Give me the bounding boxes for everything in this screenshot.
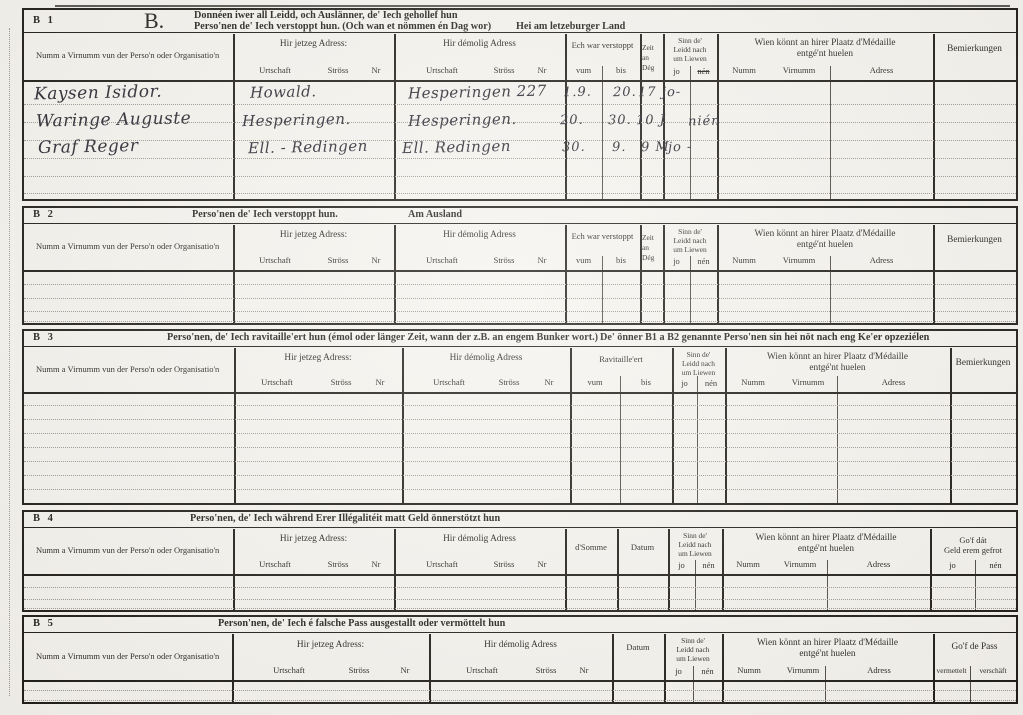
column-header-demolig-adress: Hir démolig Adress [402, 353, 570, 365]
handwritten-jetzeg: Hesperingen. [242, 110, 351, 130]
b4-title: Perso'nen, de' Iech während Erer Illégal… [190, 513, 500, 525]
column-header-stross: Ströss [484, 377, 534, 388]
b3-header-row: Numm a Virnumm vun der Perso'n oder Orga… [24, 348, 1016, 394]
column-header-w-adress: Adress [830, 65, 933, 76]
column-header-nr: Nr [390, 665, 420, 676]
handwritten-vum: 30. [562, 140, 586, 155]
column-header-wien-2: entgé'nt huelen [725, 363, 950, 375]
handwritten-name: Kaysen Isidor. [34, 82, 163, 105]
column-header-urtschaft: Urtschaft [240, 65, 310, 76]
column-header-urtschaft: Urtschaft [414, 377, 484, 388]
column-header-datum: Datum [612, 642, 664, 653]
column-header-zeit-2: an [642, 243, 662, 253]
column-header-nr: Nr [527, 65, 557, 76]
column-header-nr: Nr [362, 255, 390, 266]
column-header-sinn-3: um Liewen [668, 549, 722, 559]
section-b1: B 1 B. Donnéen iwer all Leidd, och Auslä… [22, 8, 1018, 201]
handwritten-vum: 1.9. [563, 85, 592, 101]
b3-title: Perso'nen, de' Iech ravitaille'ert hun (… [167, 332, 598, 344]
column-header-wien-1: Wien könnt an hirer Plaatz d'Médaille [722, 533, 930, 545]
column-header-zeit-3: Dég [642, 63, 662, 73]
b1-body: Kaysen Isidor. Howald. Hesperingen 227 1… [24, 80, 1016, 199]
column-header-sinn-3: um Liewen [664, 654, 722, 664]
column-header-stross: Ströss [313, 559, 363, 570]
column-header-bemierkungen: Bemierkungen [933, 235, 1016, 247]
column-header-nr: Nr [362, 65, 390, 76]
column-header-demolig-adress: Hir démolig Adress [394, 534, 565, 546]
column-header-bemierkungen: Bemierkungen [933, 44, 1016, 56]
b2-code: B 2 [33, 209, 55, 220]
column-header-wien-2: entgé'nt huelen [717, 240, 933, 252]
column-header-w-numm: Numm [732, 377, 774, 388]
column-header-nr: Nr [534, 377, 564, 388]
column-header-jetzeg-adress: Hir jetzeg Adress: [233, 39, 394, 51]
column-header-w-adress: Adress [837, 377, 950, 388]
column-header-jetzeg-adress: Hir jetzeg Adress: [232, 640, 429, 652]
b1-big-letter: B. [144, 10, 164, 32]
table-row [24, 588, 1016, 600]
column-header-jo: jo [664, 666, 693, 677]
b3-title-band: B 3 Perso'nen, de' Iech ravitaille'ert h… [24, 331, 1016, 347]
column-header-nen: nén [697, 378, 725, 389]
handwritten-jetzeg: Ell. - Redingen [248, 137, 368, 158]
b5-header-row: Numm a Virnumm vun der Perso'n oder Orga… [24, 634, 1016, 682]
column-header-urtschaft: Urtschaft [240, 255, 310, 266]
column-header-urtschaft: Urtschaft [254, 665, 324, 676]
column-header-jo: jo [663, 256, 690, 267]
column-header-urtschaft: Urtschaft [407, 65, 477, 76]
handwritten-zeit: 9 M [641, 140, 670, 156]
column-header-nen-struck: nén [690, 66, 717, 77]
column-header-wien-2: entgé'nt huelen [717, 49, 933, 61]
column-header-ravitailleert: Ravitaille'ert [570, 354, 672, 365]
column-header-zeit-3: Dég [642, 253, 662, 263]
column-header-w-numm: Numm [728, 665, 770, 676]
column-header-nen: nén [695, 560, 722, 571]
b4-header-row: Numm a Virnumm vun der Perso'n oder Orga… [24, 529, 1016, 576]
column-header-vum: vum [565, 65, 602, 76]
b2-header-row: Numm a Virnumm vun der Perso'n oder Orga… [24, 225, 1016, 272]
column-header-verstoppt: Ech war verstoppt [565, 231, 640, 242]
handwritten-name: Waringe Auguste [36, 108, 192, 131]
b3-body [24, 392, 1016, 503]
table-row [24, 141, 1016, 159]
column-header-somme: d'Somme [565, 542, 617, 553]
column-header-numm: Numm a Virnumm vun der Perso'n oder Orga… [36, 651, 221, 662]
column-header-urtschaft: Urtschaft [407, 559, 477, 570]
column-header-bis: bis [602, 65, 640, 76]
column-header-vum: vum [570, 377, 620, 388]
handwritten-vum: 20. [560, 113, 584, 128]
table-row [24, 680, 1016, 691]
handwritten-liewen: jo - [668, 140, 693, 156]
table-row [24, 448, 1016, 462]
b2-body [24, 270, 1016, 323]
column-header-sinn-3: um Liewen [672, 368, 725, 378]
column-header-vermettelt: vermettelt [933, 666, 970, 676]
handwritten-demolig: Ell. Redingen [402, 137, 511, 157]
column-header-wien-1: Wien könnt an hirer Plaatz d'Médaille [717, 229, 933, 241]
table-row [24, 177, 1016, 194]
column-header-bis: bis [602, 255, 640, 266]
section-b4: B 4 Perso'nen, de' Iech während Erer Ill… [22, 510, 1018, 612]
handwritten-bis: 9. [612, 140, 627, 155]
table-row [24, 476, 1016, 490]
column-header-jetzeg-adress: Hir jetzeg Adress: [234, 353, 402, 365]
column-header-urtschaft: Urtschaft [407, 255, 477, 266]
b1-location: Hei am letzeburger Land [516, 21, 625, 33]
scan-top-edge-line [55, 5, 1010, 7]
b3-title-2: De' önner B1 a B2 genannte Perso'nen sin… [600, 332, 929, 344]
column-header-w-numm: Numm [724, 65, 764, 76]
b4-body [24, 574, 1016, 610]
table-row [24, 420, 1016, 434]
column-header-verschaft: verschäft [970, 666, 1016, 676]
column-header-jo: jo [672, 378, 697, 389]
handwritten-liewen: nién [688, 114, 721, 130]
b5-title-band: B 5 Person'nen, de' Iech é falsche Pass … [24, 617, 1016, 633]
column-header-datum: Datum [617, 542, 668, 553]
table-row [24, 392, 1016, 406]
section-b2: B 2 Perso'nen de' Iech verstoppt hun. Am… [22, 206, 1018, 325]
table-row [24, 434, 1016, 448]
column-header-nen: nén [690, 256, 717, 267]
column-header-gof-geld-2: Geld erem gefrot [930, 545, 1016, 556]
column-header-w-virnumm: Virnumm [782, 377, 834, 388]
table-row [24, 600, 1016, 609]
column-header-jo: jo [930, 560, 975, 571]
column-header-stross: Ströss [334, 665, 384, 676]
handwritten-jetzeg: Howald. [250, 82, 317, 101]
section-b5: B 5 Person'nen, de' Iech é falsche Pass … [22, 615, 1018, 704]
column-header-demolig-adress: Hir démolig Adress [429, 640, 612, 652]
column-header-zeit-2: an [642, 53, 662, 63]
table-row [24, 285, 1016, 299]
b5-code: B 5 [33, 618, 55, 629]
column-header-wien-1: Wien könnt an hirer Plaatz d'Médaille [722, 638, 933, 650]
b2-title: Perso'nen de' Iech verstoppt hun. [192, 209, 338, 221]
column-header-jetzeg-adress: Hir jetzeg Adress: [233, 534, 394, 546]
handwritten-name: Graf Reger [38, 136, 139, 158]
column-header-gof-pass: Go'f de Pass [933, 642, 1016, 654]
column-header-wien-1: Wien könnt an hirer Plaatz d'Médaille [725, 352, 950, 364]
column-header-stross: Ströss [313, 65, 363, 76]
scanned-form-page: B 1 B. Donnéen iwer all Leidd, och Auslä… [0, 0, 1023, 715]
handwritten-liewen: jo- [662, 85, 682, 100]
column-header-wien-2: entgé'nt huelen [722, 649, 933, 661]
column-header-urtschaft: Urtschaft [242, 377, 312, 388]
table-row [24, 691, 1016, 701]
column-header-sinn-3: um Liewen [663, 54, 717, 64]
column-header-numm: Numm a Virnumm vun der Perso'n oder Orga… [36, 50, 221, 61]
column-header-nr: Nr [527, 255, 557, 266]
b1-code: B 1 [33, 15, 55, 26]
column-header-stross: Ströss [479, 255, 529, 266]
b5-body [24, 680, 1016, 702]
b4-title-band: B 4 Perso'nen, de' Iech während Erer Ill… [24, 512, 1016, 528]
b1-header-row: Numm a Virnumm vun der Perso'n oder Orga… [24, 34, 1016, 82]
column-header-demolig-adress: Hir démolig Adress [394, 39, 565, 51]
column-header-urtschaft: Urtschaft [240, 559, 310, 570]
column-header-nr: Nr [527, 559, 557, 570]
column-header-bis: bis [620, 377, 672, 388]
column-header-bemierkungen: Bemierkungen [950, 358, 1016, 370]
table-row [24, 462, 1016, 476]
column-header-nen: nén [693, 666, 722, 677]
column-header-w-adress: Adress [827, 559, 930, 570]
table-row [24, 312, 1016, 322]
column-header-numm: Numm a Virnumm vun der Perso'n oder Orga… [36, 364, 221, 375]
handwritten-demolig: Hesperingen. [408, 110, 517, 130]
table-row [24, 159, 1016, 177]
b4-code: B 4 [33, 513, 55, 524]
column-header-numm: Numm a Virnumm vun der Perso'n oder Orga… [36, 241, 221, 252]
column-header-w-virnumm: Virnumm [774, 65, 824, 76]
column-header-numm: Numm a Virnumm vun der Perso'n oder Orga… [36, 545, 221, 556]
column-header-jo: jo [663, 66, 690, 77]
handwritten-bis: 30. [608, 113, 632, 128]
column-header-w-virnumm: Virnumm [776, 559, 824, 570]
column-header-stross: Ströss [479, 559, 529, 570]
column-header-wien-1: Wien könnt an hirer Plaatz d'Médaille [717, 38, 933, 50]
b1-title-line2: Perso'nen de' Iech verstoppt hun. (Och w… [194, 21, 491, 33]
handwritten-demolig: Hesperingen 227 [408, 82, 547, 103]
column-header-wien-2: entgé'nt huelen [722, 544, 930, 556]
handwritten-bis: 20. [613, 85, 637, 100]
column-header-zeit-1: Zeit [642, 233, 662, 243]
column-header-stross: Ströss [479, 65, 529, 76]
scan-left-margin-line [9, 28, 11, 696]
b2-title-band: B 2 Perso'nen de' Iech verstoppt hun. Am… [24, 208, 1016, 224]
column-header-w-virnumm: Virnumm [774, 255, 824, 266]
b5-title: Person'nen, de' Iech é falsche Pass ausg… [218, 618, 505, 630]
column-header-verstoppt: Ech war verstoppt [565, 40, 640, 51]
column-header-nr: Nr [569, 665, 599, 676]
column-header-w-adress: Adress [825, 665, 933, 676]
column-header-nr: Nr [366, 377, 394, 388]
column-header-jo: jo [668, 560, 695, 571]
table-row [24, 299, 1016, 312]
column-header-jetzeg-adress: Hir jetzeg Adress: [233, 230, 394, 242]
column-header-w-adress: Adress [830, 255, 933, 266]
column-header-demolig-adress: Hir démolig Adress [394, 230, 565, 242]
column-header-w-numm: Numm [724, 255, 764, 266]
column-header-nr: Nr [362, 559, 390, 570]
handwritten-zeit: 10 J [636, 113, 666, 129]
column-header-zeit-1: Zeit [642, 43, 662, 53]
column-header-stross: Ströss [313, 255, 363, 266]
section-b3: B 3 Perso'nen, de' Iech ravitaille'ert h… [22, 329, 1018, 505]
table-row [24, 406, 1016, 420]
column-header-w-numm: Numm [728, 559, 768, 570]
column-header-sinn-3: um Liewen [663, 245, 717, 255]
b2-subtitle: Am Ausland [408, 209, 462, 221]
column-header-stross: Ströss [316, 377, 366, 388]
b3-code: B 3 [33, 332, 55, 343]
column-header-vum: vum [565, 255, 602, 266]
b1-title-band: B 1 B. Donnéen iwer all Leidd, och Auslä… [24, 10, 1016, 33]
table-row [24, 270, 1016, 285]
handwritten-zeit: 17 [638, 85, 657, 100]
column-header-stross: Ströss [521, 665, 571, 676]
column-header-w-virnumm: Virnumm [778, 665, 828, 676]
column-header-urtschaft: Urtschaft [447, 665, 517, 676]
column-header-nen: nén [975, 560, 1016, 571]
table-row [24, 574, 1016, 588]
